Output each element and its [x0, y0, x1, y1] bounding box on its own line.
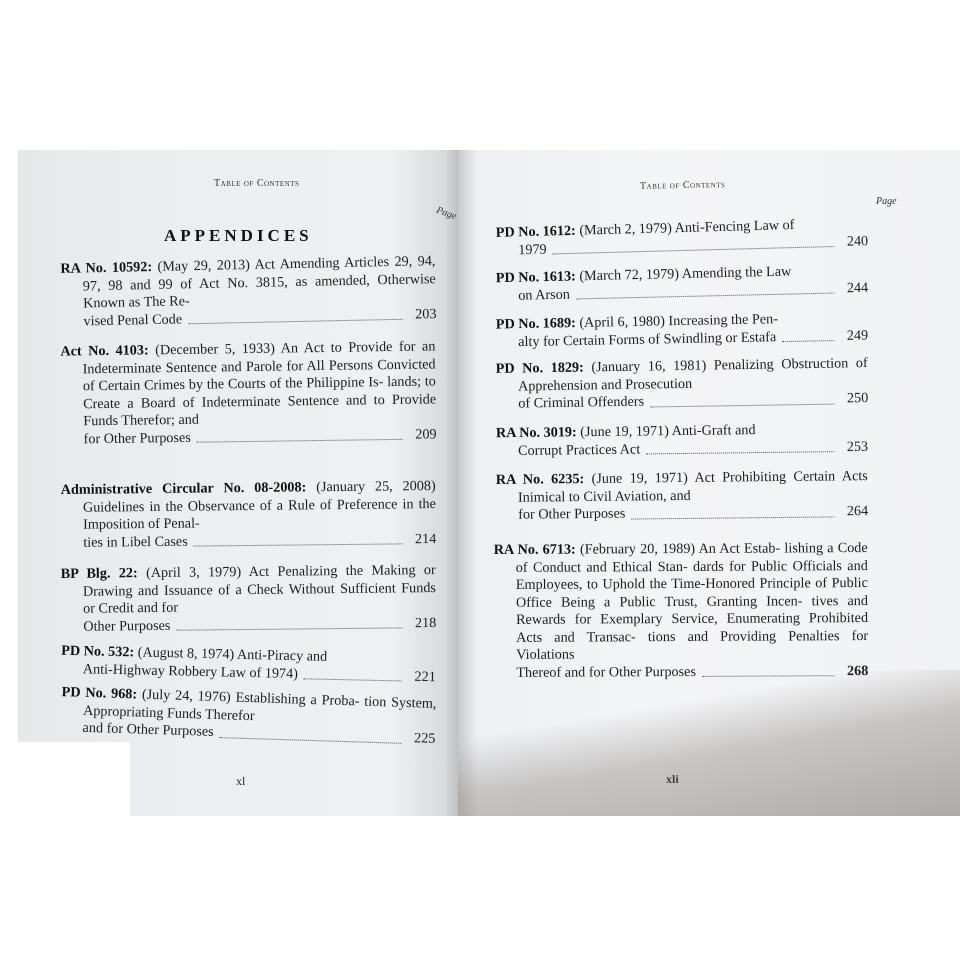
book-photo: Table of Contents Page APPENDICES RA No.… — [18, 150, 960, 816]
entry-code: PD No. 1613: — [496, 268, 576, 286]
entry-code: PD No. 1829: — [496, 360, 584, 377]
dot-leader — [553, 246, 835, 254]
entry-title-end: on Arson — [518, 286, 570, 305]
entry-page-number: 264 — [840, 503, 868, 521]
dot-leader — [650, 403, 834, 407]
entry-page-number: 268 — [840, 663, 868, 681]
entry-page-number: 240 — [840, 233, 868, 251]
running-head: Table of Contents — [640, 179, 726, 191]
running-head: Table of Contents — [214, 178, 299, 189]
dot-leader — [782, 340, 834, 342]
toc-entry[interactable]: PD No. 1613: (March 72, 1979) Amending t… — [496, 262, 869, 305]
entry-title-end: Thereof and for Other Purposes — [516, 663, 696, 681]
entry-code: Administrative Circular No. 08-2008: — [61, 479, 307, 498]
entry-title: (July 24, 1976) Establishing a Proba- ti… — [83, 687, 437, 724]
dot-leader — [220, 737, 402, 744]
entry-page-number: 203 — [408, 306, 436, 324]
toc-entry[interactable]: RA No. 6235: (June 19, 1971) Act Prohibi… — [496, 468, 869, 524]
entry-page-number: 244 — [840, 279, 868, 297]
entry-title: (March 72, 1979) Amending the Law — [579, 264, 791, 285]
toc-entry[interactable]: RA No. 10592: (May 29, 2013) Act Amendin… — [60, 253, 436, 331]
photo-crop-notch — [0, 742, 130, 842]
dot-leader — [188, 319, 402, 324]
entry-title-end: vised Penal Code — [83, 311, 182, 331]
entry-code: RA No. 6713: — [494, 542, 576, 558]
toc-entry[interactable]: BP Blg. 22: (April 3, 1979) Act Penalizi… — [61, 562, 437, 636]
toc-entry[interactable]: PD No. 1829: (January 16, 1981) Penalizi… — [496, 355, 869, 413]
entry-code: Act No. 4103: — [60, 342, 148, 359]
entry-page-number: 249 — [840, 327, 868, 345]
dot-leader — [702, 675, 834, 677]
entry-title-end: ties in Libel Cases — [83, 533, 188, 552]
entry-code: PD No. 1612: — [496, 223, 576, 241]
toc-entry[interactable]: PD No. 532: (August 8, 1974) Anti-Piracy… — [61, 643, 437, 686]
entry-page-number: 209 — [408, 426, 436, 444]
page-folio: xli — [666, 772, 679, 787]
entry-code: RA No. 10592: — [60, 259, 152, 277]
page-column-label: Page — [876, 196, 897, 207]
entry-page-number: 214 — [408, 531, 436, 549]
entry-code: BP Blg. 22: — [61, 565, 138, 582]
entry-page-number: 250 — [840, 390, 868, 408]
entry-code: PD No. 1689: — [496, 315, 576, 333]
entry-title-end: of Criminal Offenders — [518, 394, 644, 413]
entry-title-end: for Other Purposes — [84, 429, 191, 448]
left-page: Table of Contents Page APPENDICES RA No.… — [18, 150, 458, 816]
entry-code: RA No. 3019: — [496, 424, 577, 441]
entry-title-end: and for Other Purposes — [82, 720, 214, 742]
entry-code: PD No. 532: — [61, 643, 134, 661]
dot-leader — [646, 451, 834, 454]
entry-title: (April 6, 1980) Increasing the Pen- — [579, 311, 778, 331]
dot-leader — [197, 439, 403, 443]
dot-leader — [176, 627, 402, 630]
dot-leader — [304, 678, 402, 681]
dot-leader — [576, 293, 834, 300]
toc-entry[interactable]: PD No. 1612: (March 2, 1979) Anti-Fencin… — [496, 215, 869, 260]
entry-title-end: for Other Purposes — [518, 506, 625, 525]
dot-leader — [194, 543, 403, 546]
entry-title-end: 1979 — [518, 241, 547, 259]
dot-leader — [631, 516, 834, 519]
entry-title-end: Anti-Highway Robbery Law of 1974) — [83, 661, 298, 683]
right-page: Table of Contents Page PD No. 1612: (Mar… — [458, 150, 960, 816]
toc-entry[interactable]: RA No. 3019: (June 19, 1971) Anti-Graft … — [496, 421, 868, 461]
entry-title-end: alty for Certain Forms of Swindling or E… — [518, 329, 776, 351]
entry-title: (February 20, 1989) An Act Estab- lishin… — [516, 540, 868, 663]
toc-entry[interactable]: PD No. 1689: (April 6, 1980) Increasing … — [496, 309, 869, 351]
entry-code: RA No. 6235: — [496, 471, 585, 488]
page-column-label: Page — [435, 205, 458, 222]
entry-page-number: 218 — [408, 615, 436, 633]
toc-entry[interactable]: PD No. 968: (July 24, 1976) Establishing… — [60, 684, 436, 748]
entry-code: PD No. 968: — [61, 684, 137, 702]
entry-page-number: 225 — [407, 730, 436, 748]
toc-entry[interactable]: Act No. 4103: (December 5, 1933) An Act … — [60, 338, 436, 448]
toc-entry[interactable]: RA No. 6713: (February 20, 1989) An Act … — [494, 540, 869, 682]
entry-title: (June 19, 1971) Anti-Graft and — [580, 422, 756, 440]
section-title: APPENDICES — [164, 226, 313, 246]
toc-entry[interactable]: Administrative Circular No. 08-2008: (Ja… — [61, 478, 437, 552]
entry-page-number: 253 — [840, 438, 868, 456]
entry-title-end: Other Purposes — [83, 617, 170, 635]
entry-title-end: Corrupt Practices Act — [518, 441, 640, 460]
entry-page-number: 221 — [408, 668, 436, 686]
page-folio: xl — [236, 774, 245, 789]
